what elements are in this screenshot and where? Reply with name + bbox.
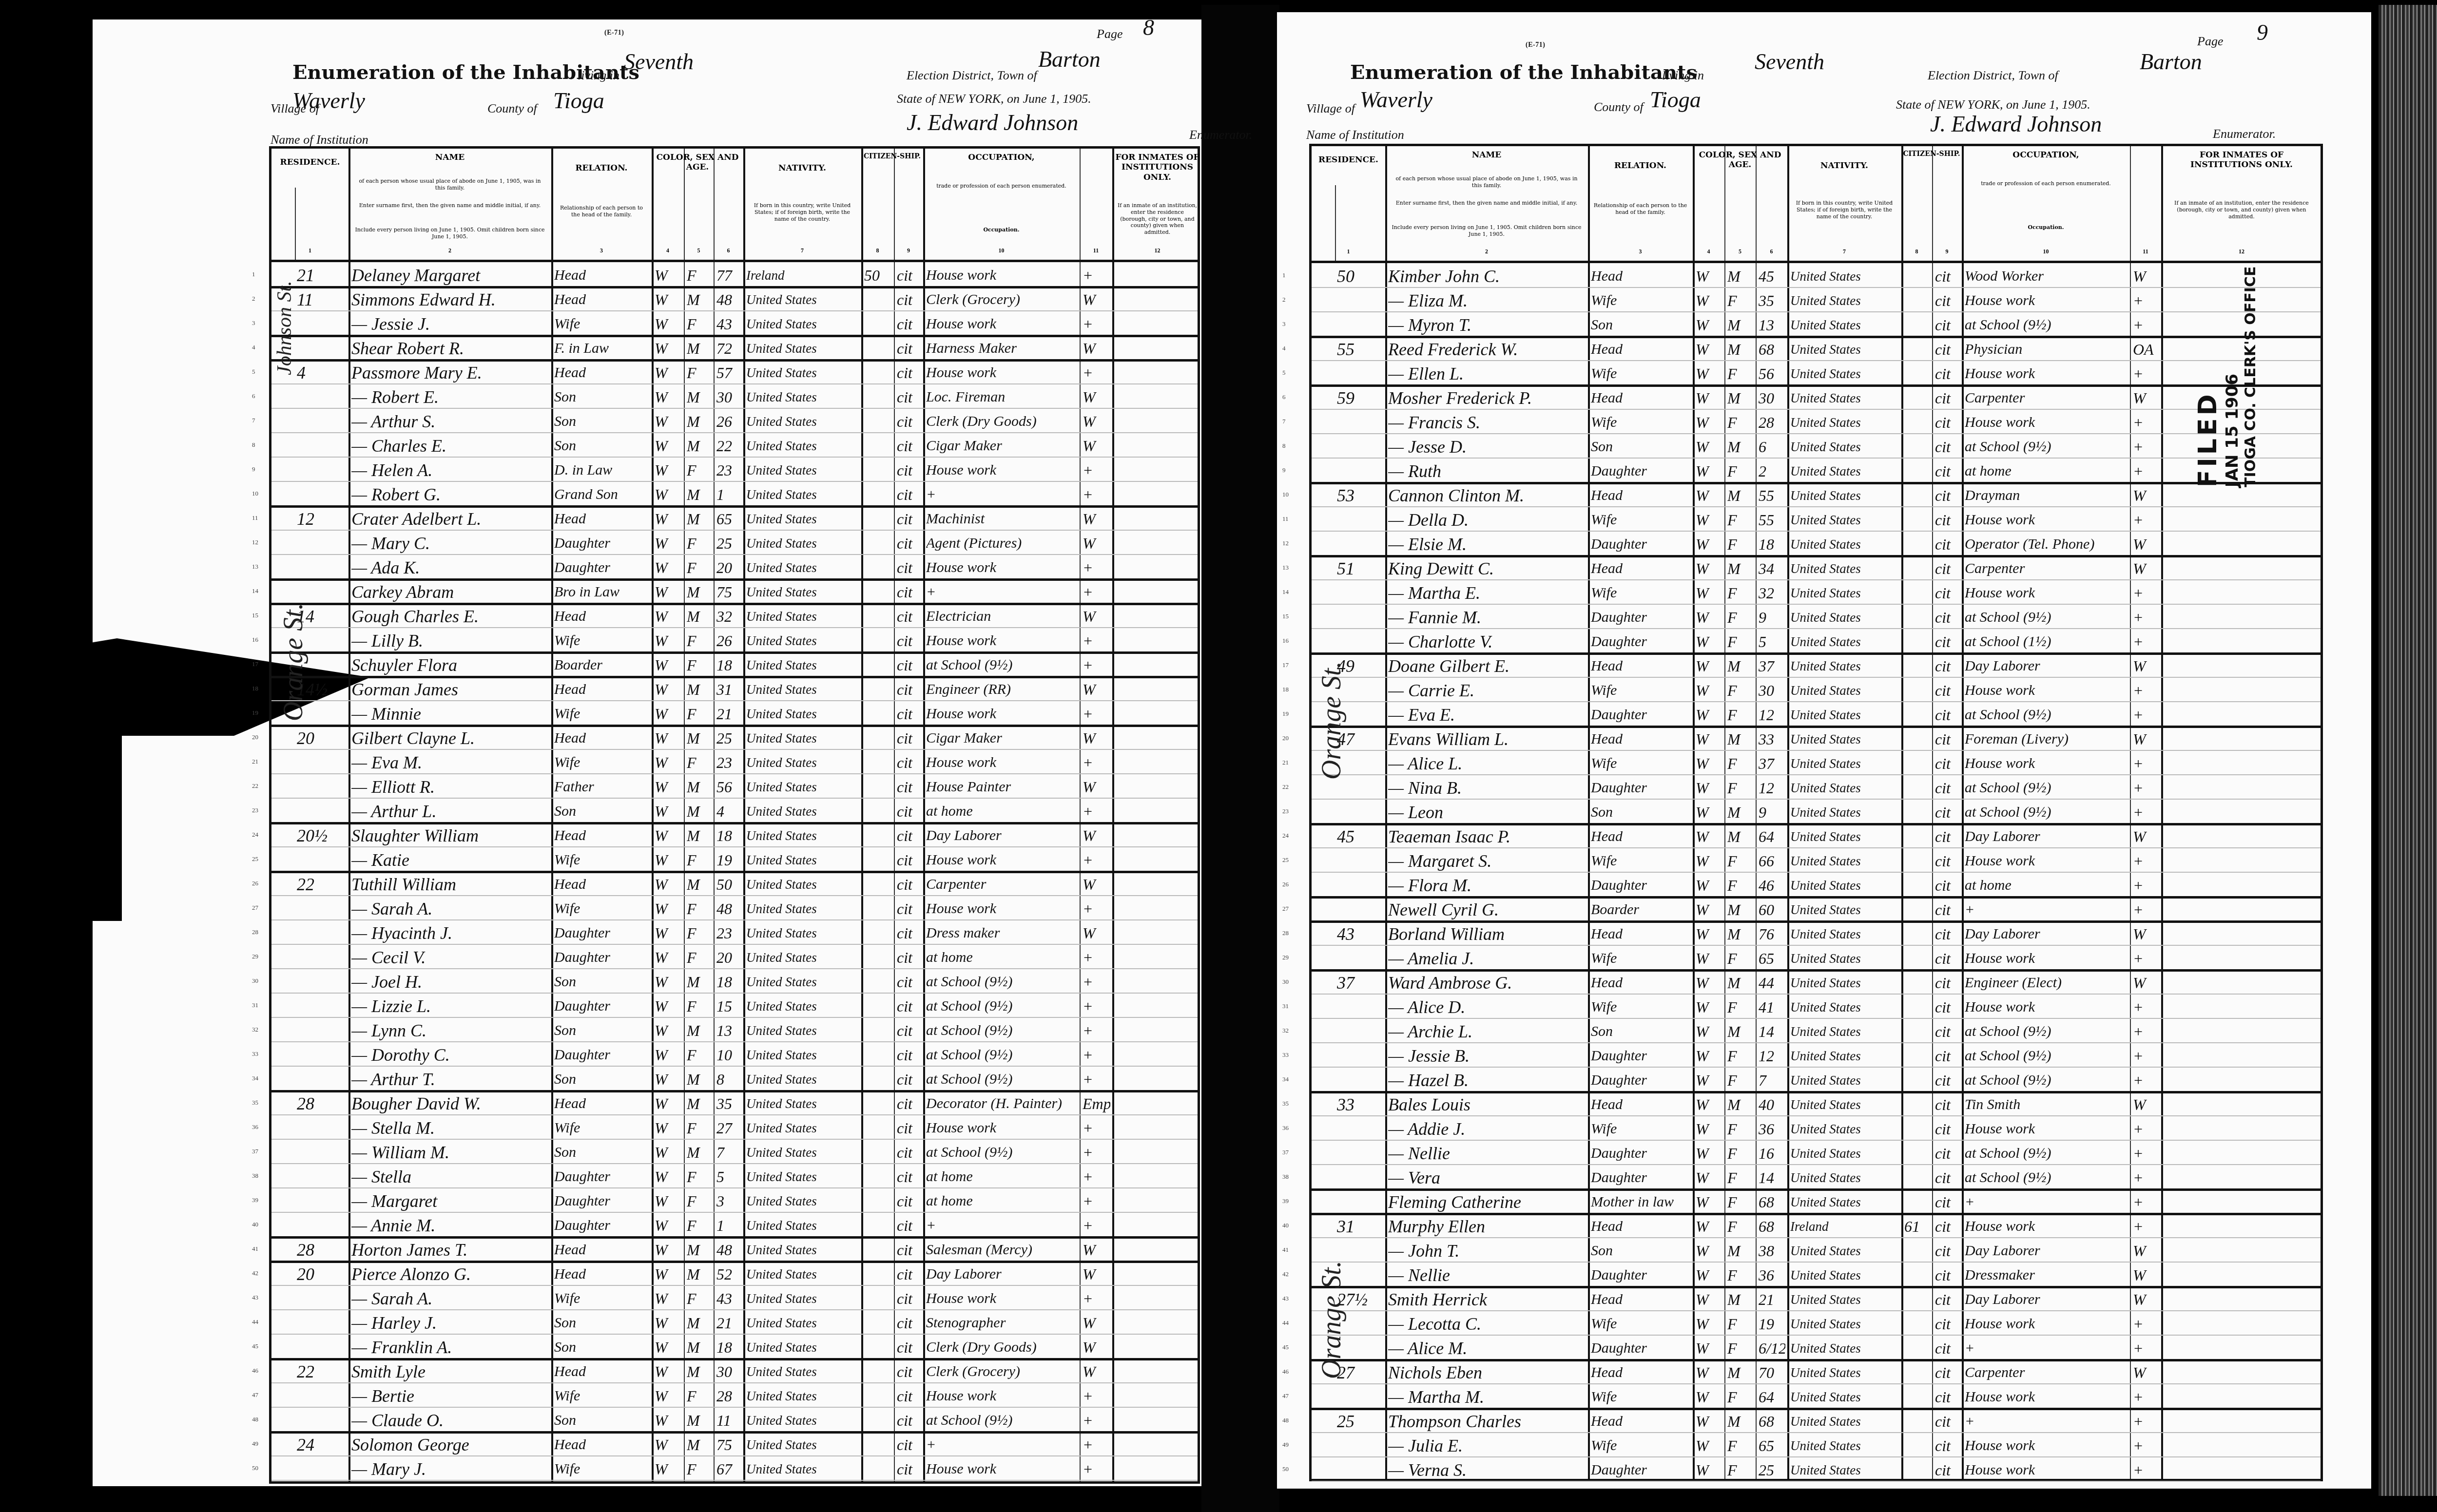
census-row: — Hazel B.DaughterWF7United Statescitat … — [1312, 1068, 2321, 1092]
cell-age: 44 — [1759, 972, 1785, 994]
cell-sex: F — [687, 947, 712, 968]
cell-class: + — [1083, 1044, 1110, 1066]
cell-sex: F — [687, 1385, 712, 1407]
cell-relation: Wife — [1591, 996, 1691, 1018]
line-number: 6 — [1282, 393, 1286, 401]
cell-occupation: Drayman — [1965, 485, 2128, 506]
cell-color: W — [1696, 1289, 1722, 1310]
cell-house-number: 24 — [297, 1434, 347, 1455]
column-description: Enter surname first, then the given name… — [353, 202, 546, 209]
cell-sex: F — [687, 533, 712, 554]
column-header-rel: RELATION. — [554, 163, 649, 173]
cell-color: W — [655, 581, 682, 603]
cell-occupation: Clerk (Dry Goods) — [926, 411, 1078, 432]
cell-citizenship: cit — [897, 313, 921, 335]
cell-citizenship: cit — [1935, 1411, 1960, 1432]
page-label: Page — [1097, 27, 1122, 41]
cell-nativity: United States — [1790, 460, 1899, 482]
line-number: 24 — [252, 831, 258, 839]
line-number: 13 — [1282, 564, 1289, 572]
cell-occupation: House Painter — [926, 776, 1078, 798]
cell-occupation: at School (9½) — [926, 1142, 1078, 1163]
cell-occupation: House work — [1965, 509, 2128, 531]
cell-nativity: United States — [746, 898, 859, 919]
cell-person-name: King Dewitt C. — [1388, 558, 1586, 579]
cell-occupation: at School (9½) — [926, 1069, 1078, 1090]
cell-nativity: United States — [746, 1044, 859, 1066]
cell-age: 68 — [1759, 1216, 1785, 1237]
cell-citizenship: cit — [1935, 996, 1960, 1018]
census-row: 22Tuthill WilliamHeadWM50United Statesci… — [271, 872, 1198, 896]
cell-sex: M — [687, 338, 712, 359]
cell-citizenship: cit — [1935, 1362, 1960, 1383]
cell-sex: M — [687, 1361, 712, 1382]
cell-relation: Son — [1591, 1240, 1691, 1262]
census-row: 20Gilbert Clayne L.HeadWM25United States… — [271, 726, 1198, 750]
cell-age: 26 — [716, 411, 741, 432]
cell-citizenship: cit — [1935, 753, 1960, 774]
cell-age: 14 — [1759, 1021, 1785, 1042]
cell-house-number: 51 — [1337, 558, 1383, 579]
cell-sex: M — [1727, 728, 1754, 750]
cell-class: + — [2133, 436, 2159, 458]
cell-nativity: Ireland — [1790, 1216, 1899, 1237]
cell-person-name: Borland William — [1388, 923, 1586, 945]
column-number: 2 — [348, 247, 551, 254]
line-number: 14 — [252, 587, 258, 595]
cell-sex: M — [687, 971, 712, 993]
cell-class: W — [1083, 386, 1110, 408]
cell-citizenship: cit — [897, 484, 921, 505]
cell-sex: M — [687, 606, 712, 627]
cell-citizenship: cit — [1935, 436, 1960, 458]
cell-sex: M — [1727, 1411, 1754, 1432]
town-value: Barton — [2140, 49, 2202, 75]
cell-class: + — [2133, 1216, 2159, 1237]
cell-color: W — [1696, 314, 1722, 336]
cell-occupation: at School (9½) — [926, 1410, 1078, 1431]
cell-nativity: United States — [1790, 777, 1899, 799]
cell-relation: Wife — [1591, 290, 1691, 311]
cell-nativity: United States — [1790, 704, 1899, 726]
cell-relation: Head — [554, 1093, 650, 1114]
census-row: 47Evans William L.HeadWM33United Statesc… — [1312, 727, 2321, 751]
cell-class: + — [1083, 971, 1110, 993]
line-number: 11 — [252, 514, 258, 522]
cell-relation: Son — [554, 411, 650, 432]
cell-person-name: Kimber John C. — [1388, 266, 1586, 287]
line-number: 1 — [252, 270, 255, 278]
cell-color: W — [1696, 1094, 1722, 1115]
cell-class: + — [1083, 1410, 1110, 1431]
cell-occupation: + — [926, 484, 1078, 505]
cell-age: 70 — [1759, 1362, 1785, 1383]
cell-citizenship: cit — [897, 1288, 921, 1309]
cell-person-name: Bales Louis — [1388, 1094, 1586, 1115]
cell-age: 6/12 — [1759, 1338, 1785, 1359]
cell-sex: F — [687, 362, 712, 383]
cell-person-name: Reed Frederick W. — [1388, 339, 1586, 360]
cell-sex: F — [1727, 1216, 1754, 1237]
column-number: 11 — [2130, 248, 2161, 255]
cell-relation: Wife — [554, 1288, 650, 1309]
census-row: 53Cannon Clinton M.HeadWM55United States… — [1312, 483, 2321, 507]
cell-relation: Head — [1591, 655, 1691, 677]
line-number: 7 — [1282, 418, 1286, 425]
line-number: 46 — [1282, 1368, 1289, 1376]
census-row: 51King Dewitt C.HeadWM34United Statescit… — [1312, 556, 2321, 580]
column-description: Relationship of each person to the head … — [1593, 202, 1688, 216]
cell-color: W — [655, 338, 682, 359]
cell-relation: Son — [554, 435, 650, 457]
cell-class: W — [2133, 1289, 2159, 1310]
cell-nativity: United States — [746, 1069, 859, 1090]
census-row: Shear Robert R.F. in LawWM72United State… — [271, 336, 1198, 360]
cell-color: W — [655, 1190, 682, 1212]
cell-age: 32 — [716, 606, 741, 627]
cell-citizenship: cit — [897, 849, 921, 871]
cell-nativity: United States — [746, 1458, 859, 1480]
cell-color: W — [655, 1434, 682, 1455]
cell-person-name: — Eva E. — [1388, 704, 1586, 726]
cell-class: W — [2133, 558, 2159, 579]
cell-person-name: — Jessie B. — [1388, 1045, 1586, 1067]
line-number: 27 — [252, 904, 258, 912]
cell-relation: Wife — [554, 752, 650, 773]
cell-relation: Head — [554, 265, 650, 286]
cell-class: + — [2133, 509, 2159, 531]
line-number: 20 — [252, 733, 258, 741]
cell-nativity: United States — [746, 313, 859, 335]
cell-age: 36 — [1759, 1118, 1785, 1140]
census-row: — Mary J.WifeWF67United StatescitHouse w… — [271, 1456, 1198, 1481]
cell-color: W — [655, 313, 682, 335]
cell-nativity: United States — [1790, 1118, 1899, 1140]
cell-sex: F — [687, 1044, 712, 1066]
cell-nativity: United States — [746, 557, 859, 578]
cell-relation: Head — [554, 1434, 650, 1455]
cell-relation: Wife — [1591, 850, 1691, 872]
cell-citizenship: cit — [1935, 680, 1960, 701]
cell-person-name: — Leon — [1388, 802, 1586, 823]
election-district-label: Election District, Town of — [1928, 68, 2058, 83]
census-row: — William M.SonWM7United Statescitat Sch… — [271, 1140, 1198, 1164]
census-row: — Lecotta C.WifeWF19United StatescitHous… — [1312, 1311, 2321, 1336]
census-row: — Martha E.WifeWF32United StatescitHouse… — [1312, 580, 2321, 605]
cell-age: 46 — [1759, 875, 1785, 896]
census-row: 33Bales LouisHeadWM40United StatescitTin… — [1312, 1092, 2321, 1116]
line-number: 49 — [1282, 1441, 1289, 1449]
cell-class: + — [1083, 1020, 1110, 1041]
cell-class: W — [1083, 411, 1110, 432]
cell-relation: Son — [1591, 802, 1691, 823]
cell-age: 11 — [716, 1410, 741, 1431]
enumerator-label: Enumerator. — [1189, 128, 1252, 142]
census-row: — Mary C.DaughterWF25United StatescitAge… — [271, 531, 1198, 555]
cell-sex: F — [687, 1458, 712, 1480]
cell-occupation: at School (9½) — [926, 995, 1078, 1017]
line-number: 9 — [252, 465, 255, 473]
cell-class: + — [1083, 630, 1110, 651]
column-header-inm: FOR INMATES OF INSTITUTIONS ONLY. — [2164, 150, 2319, 170]
cell-citizenship: cit — [897, 776, 921, 798]
cell-occupation: House work — [1965, 1216, 2128, 1237]
cell-nativity: United States — [1790, 1362, 1899, 1383]
census-row: — Hyacinth J.DaughterWF23United Statesci… — [271, 920, 1198, 945]
enumerator-label: Enumerator. — [2213, 127, 2276, 141]
cell-age: 68 — [1759, 1411, 1785, 1432]
cell-class: + — [1083, 1069, 1110, 1090]
cell-citizenship: cit — [1935, 460, 1960, 482]
cell-citizenship: cit — [1935, 266, 1960, 287]
cell-citizenship: cit — [1935, 1216, 1960, 1237]
cell-age: 30 — [1759, 387, 1785, 409]
cell-sex: M — [687, 484, 712, 505]
census-row: — Lynn C.SonWM13United Statescitat Schoo… — [271, 1018, 1198, 1042]
cell-house-number: 4 — [297, 362, 347, 383]
cell-citizenship: cit — [1935, 1021, 1960, 1042]
cell-age: 6 — [1759, 436, 1785, 458]
cell-occupation: Wood Worker — [1965, 266, 2128, 287]
cell-person-name: — Margaret — [351, 1190, 549, 1212]
cell-years-in-us: 61 — [1904, 1216, 1930, 1237]
cell-color: W — [655, 508, 682, 530]
cell-relation: Boarder — [554, 654, 650, 676]
cell-age: 20 — [716, 557, 741, 578]
cell-class: + — [1083, 752, 1110, 773]
cell-nativity: United States — [1790, 728, 1899, 750]
census-row: Schuyler FloraBoarderWF18United Statesci… — [271, 652, 1198, 677]
column-number: 12 — [2161, 248, 2322, 255]
line-number: 18 — [1282, 686, 1289, 693]
cell-sex: F — [1727, 680, 1754, 701]
cell-person-name: — Robert E. — [351, 386, 549, 408]
column-header-name: NAME — [351, 153, 548, 162]
cell-class: + — [2133, 1459, 2159, 1481]
cell-nativity: United States — [1790, 899, 1899, 920]
cell-color: W — [1696, 534, 1722, 555]
cell-nativity: United States — [746, 338, 859, 359]
cell-nativity: United States — [746, 1117, 859, 1139]
cell-relation: Head — [1591, 1289, 1691, 1310]
cell-occupation: House work — [926, 459, 1078, 481]
cell-color: W — [1696, 753, 1722, 774]
cell-occupation: House work — [1965, 363, 2128, 384]
cell-age: 76 — [1759, 923, 1785, 945]
census-row: — NellieDaughterWF16United Statescitat S… — [1312, 1141, 2321, 1165]
occupation-subheader: Occupation. — [1962, 224, 2130, 231]
cell-nativity: United States — [1790, 582, 1899, 604]
cell-nativity: United States — [1790, 1045, 1899, 1067]
cell-person-name: Tuthill William — [351, 874, 549, 895]
census-row: 31Murphy EllenHeadWF68Ireland61citHouse … — [1312, 1214, 2321, 1238]
cell-relation: Son — [554, 1069, 650, 1090]
cell-sex: F — [687, 1190, 712, 1212]
cell-nativity: United States — [746, 1093, 859, 1114]
cell-sex: M — [1727, 339, 1754, 360]
column-number: 4 — [1693, 248, 1724, 255]
cell-relation: Son — [554, 1142, 650, 1163]
cell-citizenship: cit — [897, 971, 921, 993]
cell-sex: M — [687, 1069, 712, 1090]
cell-house-number: 59 — [1337, 387, 1383, 409]
line-number: 33 — [252, 1050, 258, 1058]
cell-age: 65 — [716, 508, 741, 530]
cell-sex: M — [1727, 1240, 1754, 1262]
cell-nativity: United States — [1790, 996, 1899, 1018]
column-description: If an inmate of an institution, enter th… — [1117, 202, 1198, 236]
census-row: 20½Slaughter WilliamHeadWM18United State… — [271, 823, 1198, 847]
state-label: State of NEW YORK, on June 1, 1905. — [1896, 97, 2090, 112]
cell-relation: Wife — [1591, 753, 1691, 774]
cell-occupation: Day Laborer — [1965, 923, 2128, 945]
column-number: 10 — [923, 247, 1080, 254]
census-row: — Archie L.SonWM14United Statescitat Sch… — [1312, 1019, 2321, 1043]
cell-class: W — [1083, 338, 1110, 359]
cell-relation: Daughter — [1591, 460, 1691, 482]
cell-sex: F — [1727, 534, 1754, 555]
cell-relation: Head — [1591, 485, 1691, 506]
cell-sex: M — [1727, 1094, 1754, 1115]
cell-citizenship: cit — [1935, 1167, 1960, 1188]
cell-relation: Daughter — [554, 1166, 650, 1187]
cell-citizenship: cit — [897, 1434, 921, 1455]
cell-relation: Son — [554, 971, 650, 993]
cell-class: W — [1083, 825, 1110, 846]
cell-person-name: — Lizzie L. — [351, 995, 549, 1017]
cell-sex: F — [687, 1288, 712, 1309]
cell-class: W — [1083, 776, 1110, 798]
cell-color: W — [655, 289, 682, 310]
cell-age: 16 — [1759, 1143, 1785, 1164]
cell-citizenship: cit — [897, 825, 921, 846]
census-row: 55Reed Frederick W.HeadWM68United States… — [1312, 337, 2321, 361]
cell-age: 31 — [716, 679, 741, 700]
cell-age: 18 — [1759, 534, 1785, 555]
census-row: 27Nichols EbenHeadWM70United StatescitCa… — [1312, 1360, 2321, 1384]
cell-class: + — [2133, 290, 2159, 311]
cell-sex: F — [687, 313, 712, 335]
cell-color: W — [655, 727, 682, 749]
cell-person-name: — Alice D. — [1388, 996, 1586, 1018]
cell-occupation: at School (9½) — [1965, 436, 2128, 458]
cell-nativity: United States — [746, 703, 859, 725]
line-number: 19 — [252, 709, 258, 717]
cell-nativity: United States — [746, 1434, 859, 1455]
census-row: 37Ward Ambrose G.HeadWM44United Statesci… — [1312, 970, 2321, 995]
cell-occupation: Day Laborer — [1965, 1240, 2128, 1262]
cell-age: 5 — [1759, 631, 1785, 652]
cell-person-name: — Lynn C. — [351, 1020, 549, 1041]
column-header-color-sex-age: COLOR, SEX AND AGE. — [654, 153, 741, 172]
census-row: — Jesse D.SonWM6United Statescitat Schoo… — [1312, 434, 2321, 459]
cell-class: + — [1083, 484, 1110, 505]
cell-nativity: United States — [746, 362, 859, 383]
cell-citizenship: cit — [1935, 339, 1960, 360]
cell-person-name: Teaeman Isaac P. — [1388, 826, 1586, 847]
cell-person-name: — Carrie E. — [1388, 680, 1586, 701]
cell-color: W — [1696, 509, 1722, 531]
line-number: 47 — [252, 1391, 258, 1399]
cell-class: + — [2133, 1070, 2159, 1091]
cell-class: W — [2133, 485, 2159, 506]
cell-color: W — [1696, 363, 1722, 384]
cell-nativity: United States — [746, 1263, 859, 1285]
cell-class: + — [2133, 1191, 2159, 1213]
cell-color: W — [655, 1069, 682, 1090]
cell-relation: Daughter — [554, 1190, 650, 1212]
cell-age: 1 — [716, 1215, 741, 1236]
cell-relation: Wife — [554, 849, 650, 871]
cell-sex: F — [1727, 1045, 1754, 1067]
column-header-occ: OCCUPATION, — [926, 153, 1077, 162]
cell-class: W — [1083, 435, 1110, 457]
cell-nativity: United States — [1790, 1435, 1899, 1456]
cell-age: 64 — [1759, 826, 1785, 847]
cell-color: W — [655, 1458, 682, 1480]
cell-occupation: at School (9½) — [1965, 1167, 2128, 1188]
cell-house-number: 43 — [1337, 923, 1383, 945]
institution-label: Name of Institution — [271, 133, 368, 147]
cell-sex: M — [1727, 558, 1754, 579]
cell-occupation: Decorator (H. Painter) — [926, 1093, 1078, 1114]
cell-occupation: + — [1965, 1191, 2128, 1213]
cell-class: + — [2133, 996, 2159, 1018]
cell-person-name: — Joel H. — [351, 971, 549, 993]
cell-color: W — [655, 1117, 682, 1139]
cell-class: W — [2133, 1264, 2159, 1286]
cell-citizenship: cit — [1935, 1143, 1960, 1164]
cell-nativity: United States — [746, 1166, 859, 1187]
cell-citizenship: cit — [1935, 655, 1960, 677]
cell-relation: Head — [554, 362, 650, 383]
cell-person-name: — Arthur S. — [351, 411, 549, 432]
header-separator — [271, 260, 1198, 262]
column-description: If born in this country, write United St… — [1792, 200, 1896, 220]
cell-sex: F — [687, 752, 712, 773]
cell-relation: Head — [1591, 728, 1691, 750]
cell-class: W — [2133, 266, 2159, 287]
cell-nativity: United States — [746, 508, 859, 530]
cell-relation: Daughter — [554, 1044, 650, 1066]
cell-relation: Daughter — [1591, 1167, 1691, 1188]
cell-occupation: House work — [926, 1458, 1078, 1480]
cell-nativity: United States — [1790, 1264, 1899, 1286]
cell-nativity: United States — [1790, 631, 1899, 652]
book-page-edge — [2379, 5, 2437, 1496]
cell-age: 18 — [716, 654, 741, 676]
cell-sex: M — [1727, 266, 1754, 287]
cell-class: + — [1083, 1288, 1110, 1309]
cell-sex: F — [687, 265, 712, 286]
cell-person-name: — Ruth — [1388, 460, 1586, 482]
cell-nativity: United States — [1790, 826, 1899, 847]
cell-nativity: United States — [1790, 1021, 1899, 1042]
village-value: Waverly — [292, 88, 365, 114]
cell-person-name: Gough Charles E. — [351, 606, 549, 627]
cell-class: W — [1083, 508, 1110, 530]
census-row: 12Crater Adelbert L.HeadWM65United State… — [271, 506, 1198, 531]
cell-age: 9 — [1759, 802, 1785, 823]
line-number: 36 — [252, 1123, 258, 1131]
cell-nativity: United States — [746, 995, 859, 1017]
line-number: 42 — [1282, 1270, 1289, 1278]
cell-nativity: United States — [746, 386, 859, 408]
cell-age: 14 — [1759, 1167, 1785, 1188]
cell-occupation: at School (9½) — [1965, 1045, 2128, 1067]
cell-relation: Son — [554, 1312, 650, 1334]
cell-sex: F — [1727, 1338, 1754, 1359]
